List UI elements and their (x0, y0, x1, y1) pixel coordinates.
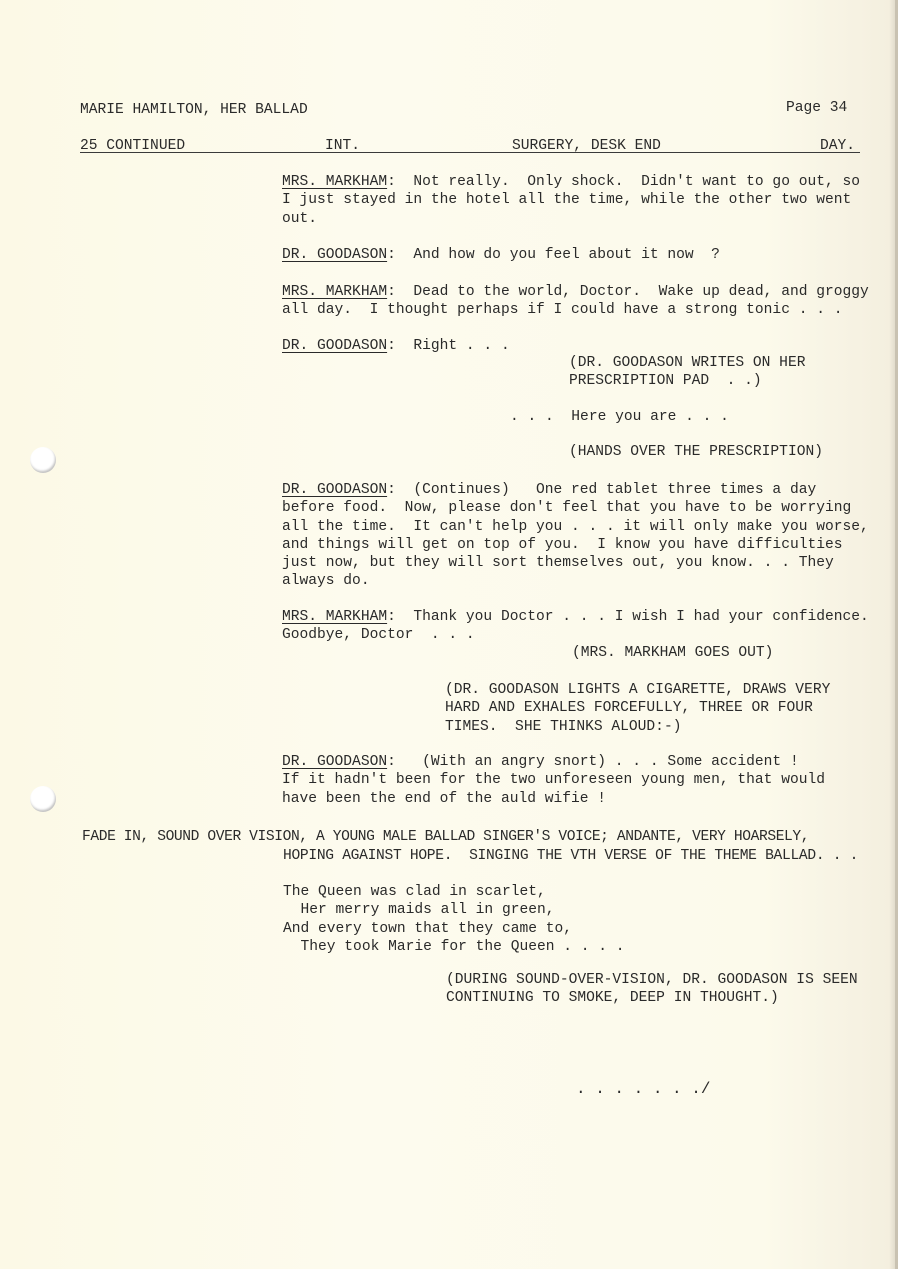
speaker-name: MRS. MARKHAM (282, 174, 387, 190)
dialogue-markham-2: MRS. MARKHAM: Dead to the world, Doctor.… (282, 283, 869, 320)
stage-direction-hands-over: (HANDS OVER THE PRESCRIPTION) (569, 443, 823, 461)
speaker-name: MRS. MARKHAM (282, 284, 387, 300)
speaker-name: DR. GOODASON (282, 754, 387, 770)
ballad-verse: The Queen was clad in scarlet, Her merry… (283, 883, 625, 956)
punch-hole-top (30, 447, 56, 473)
stage-direction-writes: (DR. GOODASON WRITES ON HER PRESCRIPTION… (569, 354, 805, 391)
dialogue-goodason-1: DR. GOODASON: And how do you feel about … (282, 246, 720, 264)
dialogue-goodason-2: DR. GOODASON: Right . . . (282, 337, 510, 355)
stage-direction-smoke: (DURING SOUND-OVER-VISION, DR. GOODASON … (446, 971, 858, 1008)
script-title: MARIE HAMILTON, HER BALLAD (80, 101, 308, 119)
speaker-name: DR. GOODASON (282, 247, 387, 263)
speaker-name: DR. GOODASON (282, 482, 387, 498)
header-rule (80, 152, 860, 153)
fade-in-direction-2: HOPING AGAINST HOPE. SINGING THE VTH VER… (283, 847, 858, 865)
dialogue-goodason-4: DR. GOODASON: (With an angry snort) . . … (282, 753, 825, 808)
stage-direction-cigarette: (DR. GOODASON LIGHTS A CIGARETTE, DRAWS … (445, 681, 830, 736)
speaker-name: MRS. MARKHAM (282, 609, 387, 625)
fade-in-direction-1: FADE IN, SOUND OVER VISION, A YOUNG MALE… (82, 828, 809, 846)
continuation-mark: . . . . . . ./ (576, 1080, 710, 1098)
dialogue-here-you-are: . . . Here you are . . . (510, 408, 729, 426)
speaker-name: DR. GOODASON (282, 338, 387, 354)
dialogue-markham-1: MRS. MARKHAM: Not really. Only shock. Di… (282, 173, 860, 228)
page-number: Page 34 (786, 99, 847, 117)
dialogue-markham-3: MRS. MARKHAM: Thank you Doctor . . . I w… (282, 608, 869, 645)
stage-direction-goes-out: (MRS. MARKHAM GOES OUT) (572, 644, 773, 662)
punch-hole-bottom (30, 786, 56, 812)
dialogue-goodason-3: DR. GOODASON: (Continues) One red tablet… (282, 481, 869, 591)
